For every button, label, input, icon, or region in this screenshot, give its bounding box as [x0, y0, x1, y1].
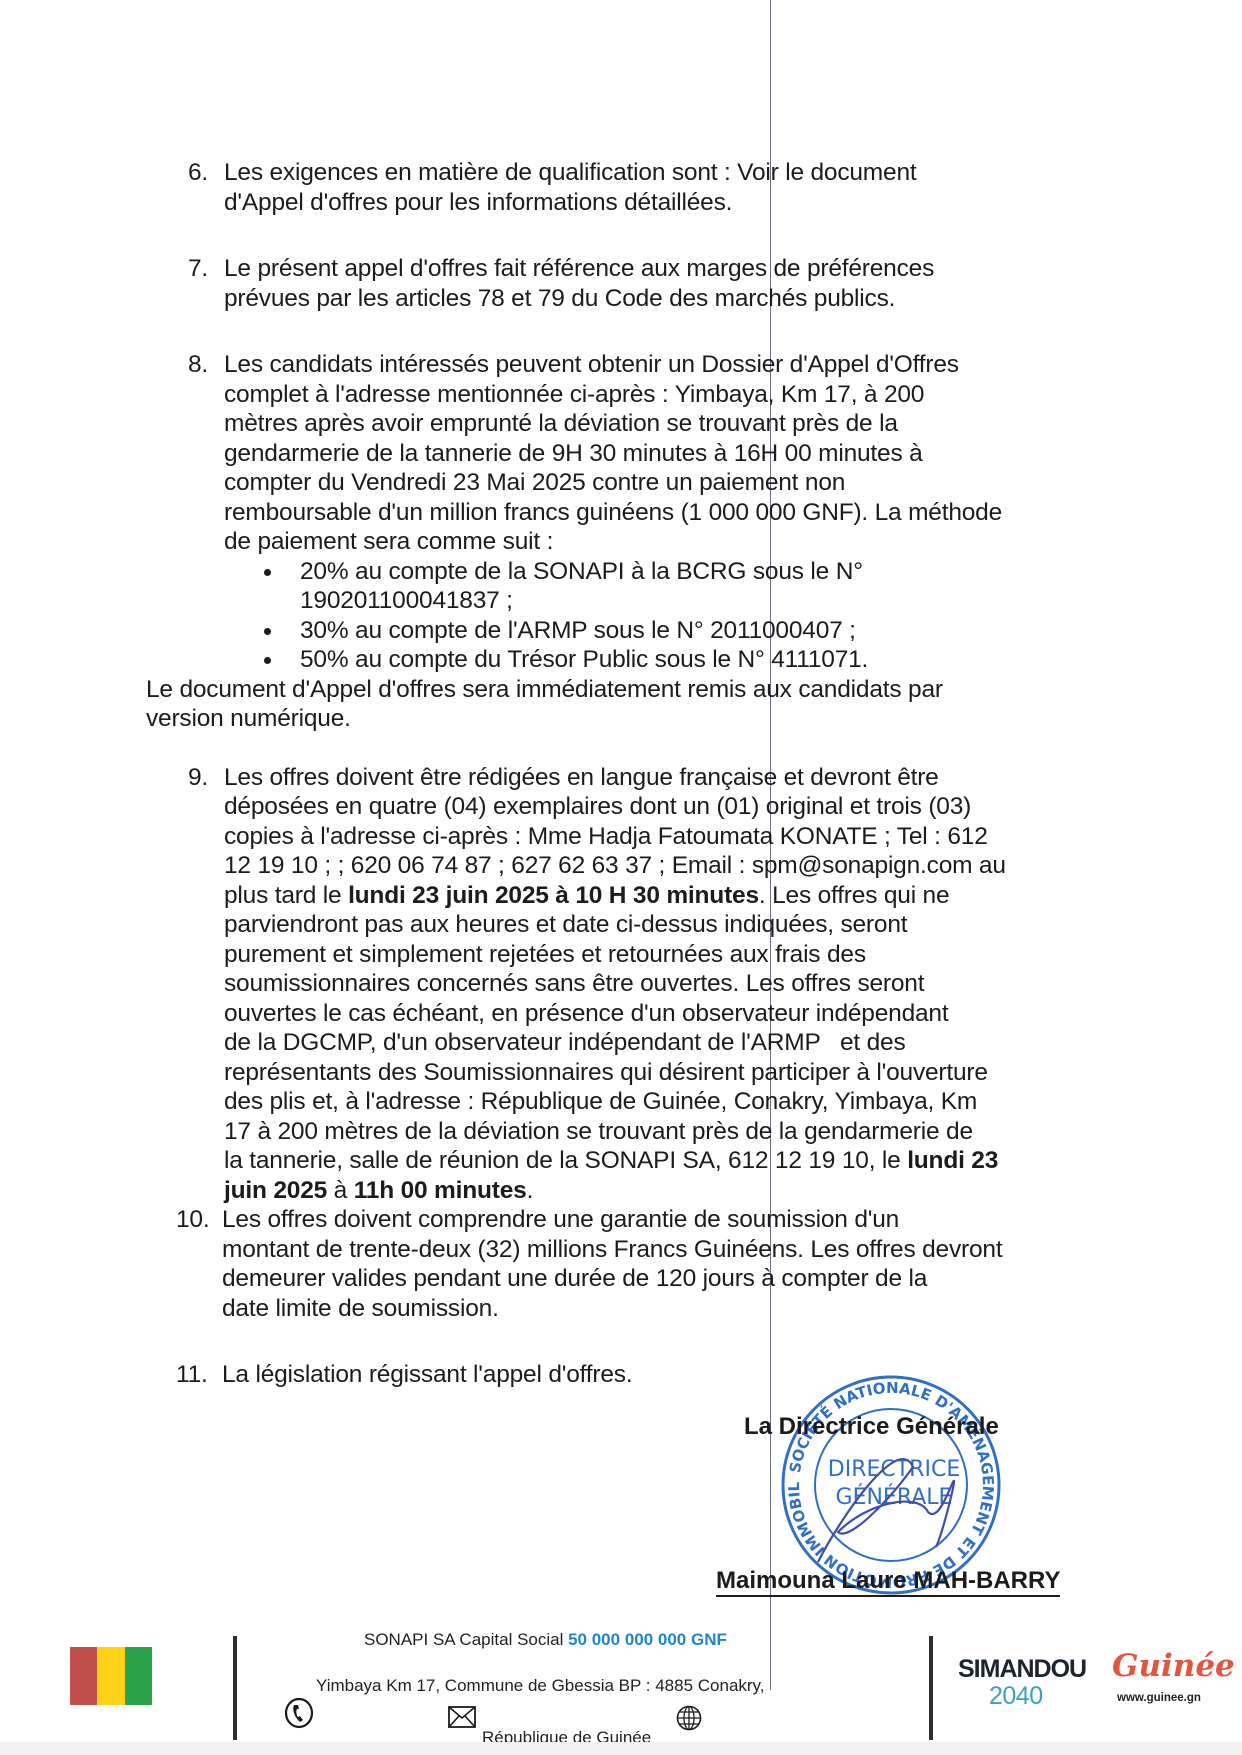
globe-icon — [676, 1705, 702, 1731]
guinee-logo: Guinée — [1112, 1648, 1235, 1684]
clause-8: 8. Les candidats intéressés peuvent obte… — [148, 350, 1098, 557]
simandou-logo: SIMANDOU — [958, 1655, 1086, 1684]
clause-text: 12 19 10 ; ; 620 06 74 87 ; 627 62 63 37… — [224, 851, 1098, 881]
payment-item: 50% au compte du Trésor Public sous le N… — [300, 645, 1098, 675]
footer-divider — [233, 1636, 237, 1740]
clause-number: 9. — [188, 763, 208, 793]
clause-text: juin 2025 à 11h 00 minutes. — [224, 1176, 1098, 1206]
payment-text: 190201100041837 ; — [300, 586, 1098, 616]
delivery-note: Le document d'Appel d'offres sera immédi… — [146, 675, 1098, 734]
payment-text: 30% au compte de l'ARMP sous le N° 20110… — [300, 616, 1098, 646]
clause-text: de la DGCMP, d'un observateur indépendan… — [224, 1028, 1098, 1058]
clause-10: 10. Les offres doivent comprendre une ga… — [148, 1205, 1098, 1323]
signatory-title: La Directrice Générale — [744, 1413, 999, 1441]
clause-text: Les offres doivent être rédigées en lang… — [224, 763, 1098, 793]
clause-text: déposées en quatre (04) exemplaires dont… — [224, 792, 1098, 822]
clause-text: Le présent appel d'offres fait référence… — [224, 254, 1098, 284]
payment-item: 20% au compte de la SONAPI à la BCRG sou… — [300, 557, 1098, 616]
clause-text: compter du Vendredi 23 Mai 2025 contre u… — [224, 468, 1098, 498]
clause-text: d'Appel d'offres pour les informations d… — [224, 188, 1098, 218]
clause-text: montant de trente-deux (32) millions Fra… — [222, 1235, 1098, 1265]
clause-text: mètres après avoir emprunté la déviation… — [224, 409, 1098, 439]
guinea-flag — [70, 1647, 152, 1705]
document-page: 6. Les exigences en matière de qualifica… — [0, 0, 1242, 1755]
clause-number: 6. — [188, 158, 208, 188]
clause-text: purement et simplement rejetées et retou… — [224, 940, 1098, 970]
clause-text: date limite de soumission. — [222, 1294, 1098, 1324]
signatory-name: Maimouna Laure MAH-BARRY — [716, 1567, 1060, 1597]
payment-text: 20% au compte de la SONAPI à la BCRG sou… — [300, 557, 1098, 587]
document-body: 6. Les exigences en matière de qualifica… — [148, 158, 1098, 1390]
capital-amount: 50 000 000 000 GNF — [568, 1630, 727, 1649]
clause-7: 7. Le présent appel d'offres fait référe… — [148, 254, 1098, 313]
clause-text: représentants des Soumissionnaires qui d… — [224, 1058, 1098, 1088]
mail-icon — [448, 1706, 476, 1728]
payment-text: 50% au compte du Trésor Public sous le N… — [300, 645, 1098, 675]
clause-text: Les candidats intéressés peuvent obtenir… — [224, 350, 1098, 380]
payment-item: 30% au compte de l'ARMP sous le N° 20110… — [300, 616, 1098, 646]
clause-number: 10. — [176, 1205, 209, 1235]
footer-divider — [929, 1636, 933, 1740]
clause-text: gendarmerie de la tannerie de 9H 30 minu… — [224, 439, 1098, 469]
note-text: version numérique. — [146, 704, 1098, 734]
footer-address: Yimbaya Km 17, Commune de Gbessia BP : 4… — [316, 1676, 765, 1696]
clause-text: la tannerie, salle de réunion de la SONA… — [224, 1146, 1098, 1176]
clause-text: complet à l'adresse mentionnée ci-après … — [224, 380, 1098, 410]
clause-text: soumissionnaires concernés sans être ouv… — [224, 969, 1098, 999]
clause-text: Les offres doivent comprendre une garant… — [222, 1205, 1098, 1235]
clause-6: 6. Les exigences en matière de qualifica… — [148, 158, 1098, 217]
clause-number: 7. — [188, 254, 208, 284]
clause-text: copies à l'adresse ci-après : Mme Hadja … — [224, 822, 1098, 852]
official-stamp: SOCIÉTÉ NATIONALE D'AMÉNAGEMENT ET DE PR… — [778, 1372, 1004, 1598]
clause-text: plus tard le lundi 23 juin 2025 à 10 H 3… — [224, 881, 1098, 911]
simandou-year: 2040 — [989, 1682, 1043, 1711]
clause-text: prévues par les articles 78 et 79 du Cod… — [224, 284, 1098, 314]
clause-text: ouvertes le cas échéant, en présence d'u… — [224, 999, 1098, 1029]
payment-method-list: 20% au compte de la SONAPI à la BCRG sou… — [148, 557, 1098, 675]
clause-text: des plis et, à l'adresse : République de… — [224, 1087, 1098, 1117]
phone-icon — [283, 1697, 315, 1729]
opening-date: lundi 23 — [907, 1147, 998, 1174]
footer-capital: SONAPI SA Capital Social 50 000 000 000 … — [364, 1630, 727, 1650]
clause-text: de paiement sera comme suit : — [224, 527, 1098, 557]
clause-text: Les exigences en matière de qualificatio… — [224, 158, 1098, 188]
clause-number: 8. — [188, 350, 208, 380]
clause-text: 17 à 200 mètres de la déviation se trouv… — [224, 1117, 1098, 1147]
guinee-url: www.guinee.gn — [1117, 1692, 1201, 1704]
deadline-date: lundi 23 juin 2025 à 10 H 30 minutes — [348, 882, 759, 909]
opening-time: 11h 00 minutes — [354, 1177, 527, 1204]
scan-bottom-band — [0, 1742, 1242, 1755]
note-text: Le document d'Appel d'offres sera immédi… — [146, 675, 1098, 705]
clause-9: 9. Les offres doivent être rédigées en l… — [148, 763, 1098, 1206]
clause-text: remboursable d'un million francs guinéen… — [224, 498, 1098, 528]
opening-date: juin 2025 — [224, 1177, 327, 1204]
clause-text: demeurer valides pendant une durée de 12… — [222, 1264, 1098, 1294]
footer-country: République de Guinée — [482, 1728, 651, 1742]
clause-number: 11. — [176, 1360, 208, 1390]
clause-text: parviendront pas aux heures et date ci-d… — [224, 910, 1098, 940]
